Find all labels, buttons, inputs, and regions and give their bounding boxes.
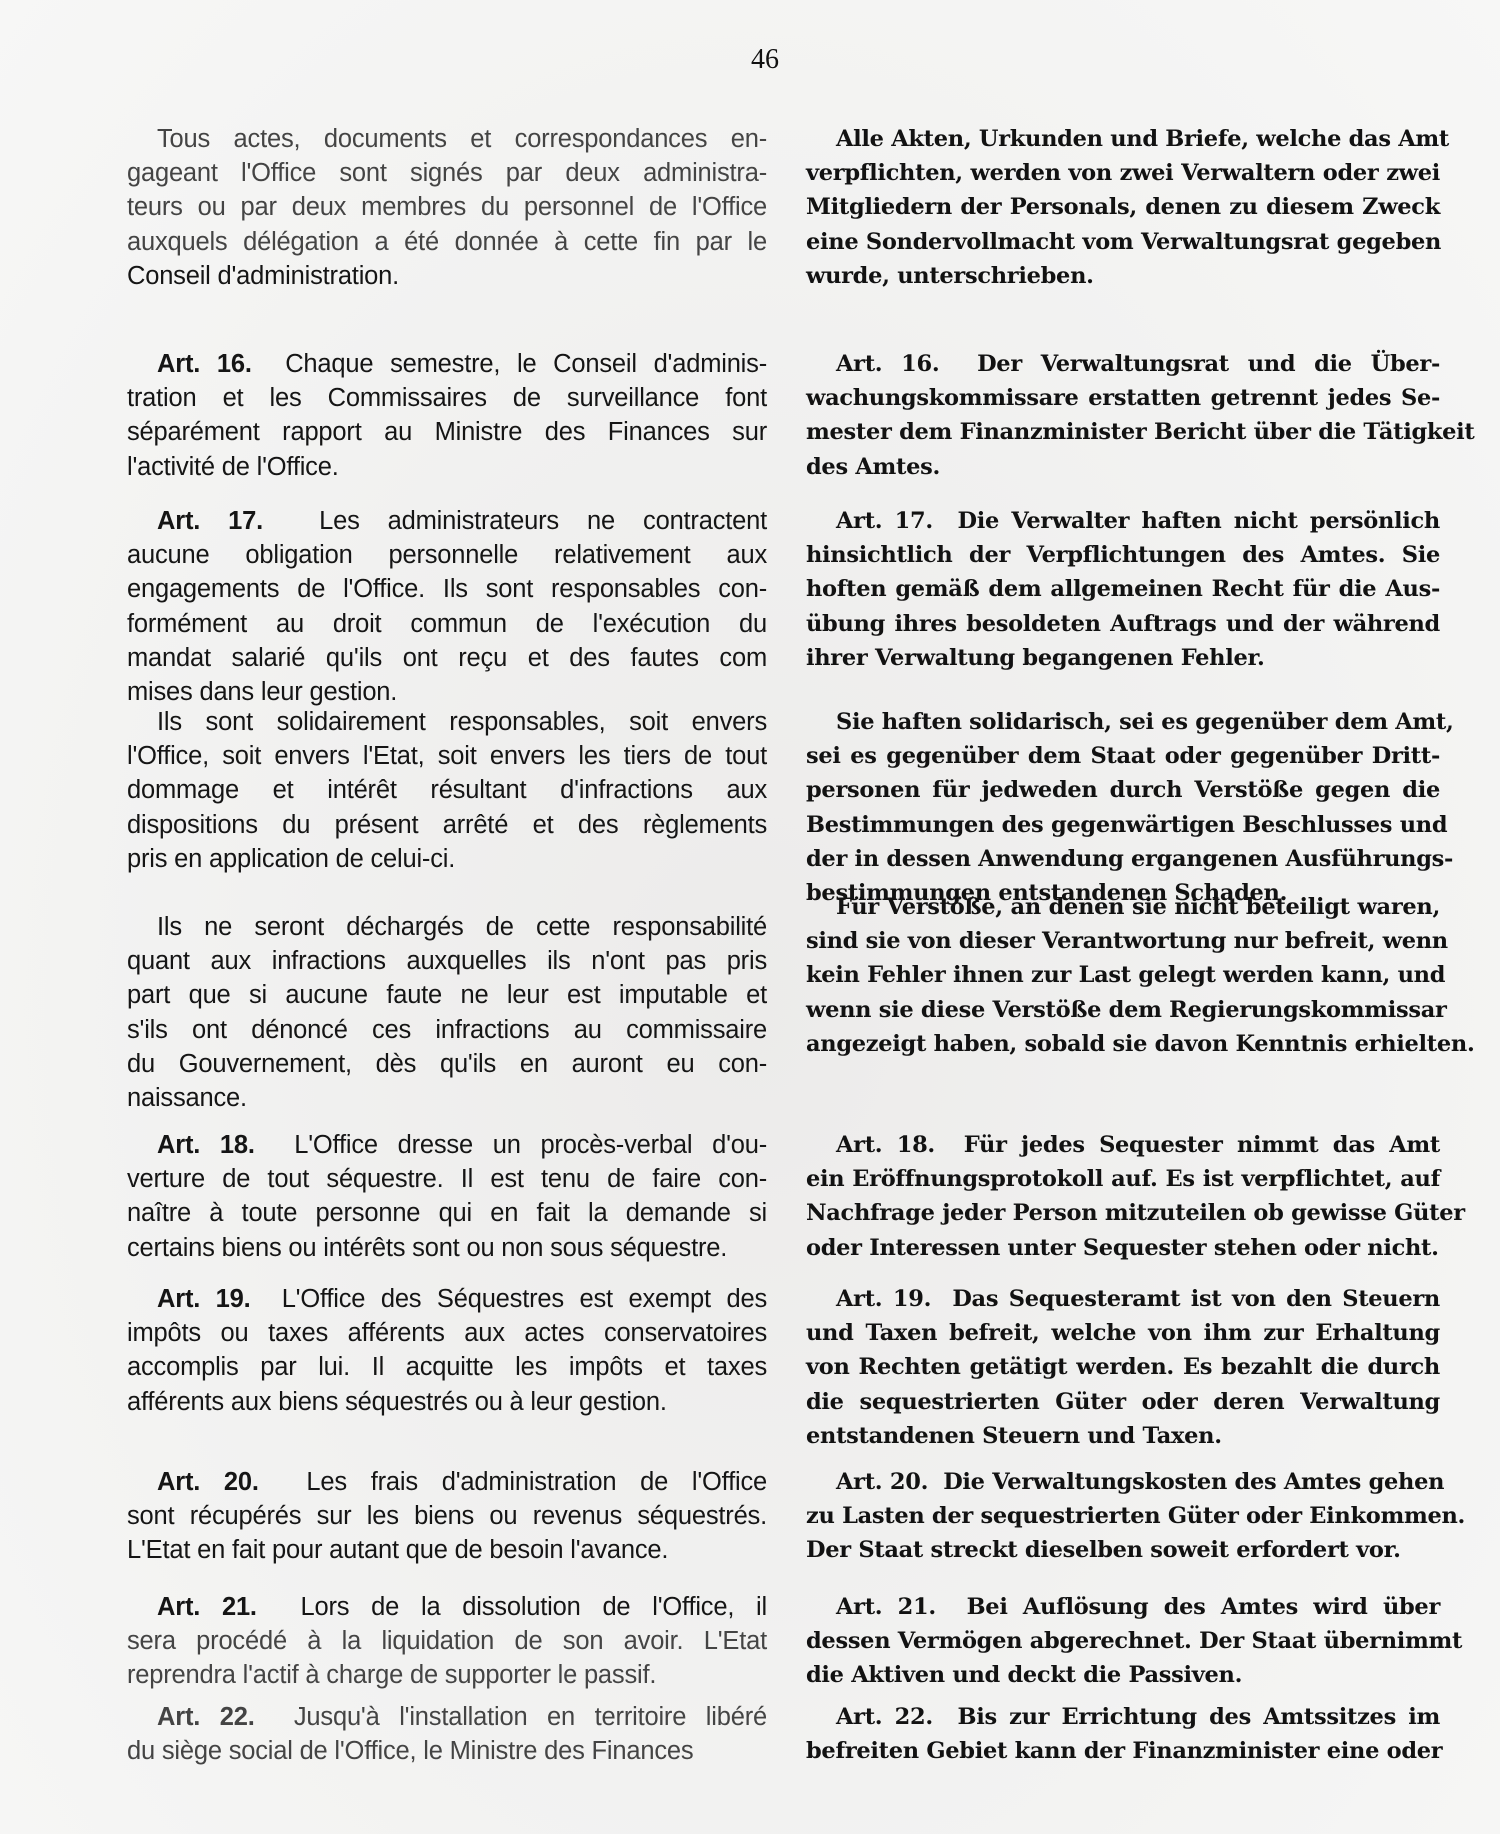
line-text: wachungskommissare erstatten getrennt je… [806, 385, 1440, 411]
french-art17-line: engagements de l'Office. Ils sont respon… [127, 572, 767, 606]
french-art18-line: Art. 18. L'Office dresse un procès-verba… [127, 1128, 767, 1162]
line-text: accomplis par lui. Il acquitte les impôt… [127, 1353, 767, 1381]
article-number: Art. 16. [836, 351, 939, 377]
line-text: ihrer Verwaltung begangenen Fehler. [806, 645, 1265, 671]
line-text: Chaque semestre, le Conseil d'adminis- [285, 350, 767, 378]
line-text: reprendra l'actif à charge de supporter … [127, 1661, 656, 1689]
article-number: Art. 20. [836, 1469, 928, 1495]
line-text: dispositions du présent arrêté et des rè… [127, 811, 767, 839]
line-text: Das Sequesteramt ist von den Steuern [952, 1286, 1440, 1312]
german-art18-line: Nachfrage jeder Person mitzuteilen ob ge… [806, 1196, 1440, 1230]
french-art17-p2-line: dommage et intérêt résultant d'infractio… [127, 773, 767, 807]
line-text: Ils sont solidairement responsables, soi… [157, 708, 767, 736]
french-art17-p2-line: dispositions du présent arrêté et des rè… [127, 808, 767, 842]
line-text: l'Office, soit envers l'Etat, soit enver… [127, 742, 767, 770]
line-text: Tous actes, documents et correspondances… [157, 125, 767, 153]
german-art16-line: mester dem Finanzminister Bericht über d… [806, 415, 1440, 449]
line-text: sei es gegenüber dem Staat oder gegenübe… [806, 743, 1440, 769]
line-text: dommage et intérêt résultant d'infractio… [127, 776, 767, 804]
french-art20-line: sont récupérés sur les biens ou revenus … [127, 1499, 767, 1533]
french-art17-p3-line: du Gouvernement, dès qu'ils en auront eu… [127, 1047, 767, 1081]
french-art18-line: naître à toute personne qui en fait la d… [127, 1196, 767, 1230]
french-art17-p2-line: pris en application de celui-ci. [127, 842, 767, 876]
french-art21-line: sera procédé à la liquidation de son avo… [127, 1624, 767, 1658]
line-text: sind sie von dieser Verantwortung nur be… [806, 928, 1448, 954]
line-text: L'Office dresse un procès-verbal d'ou- [294, 1131, 767, 1159]
french-intro-line: Tous actes, documents et correspondances… [127, 122, 767, 156]
line-text: aucune obligation personnelle relativeme… [127, 541, 767, 569]
article-number: Art. 21. [836, 1594, 936, 1620]
german-art17-line: übung ihres besoldeten Auftrags und der … [806, 607, 1440, 641]
page-number: 46 [0, 44, 1500, 76]
french-art17-p2-line: l'Office, soit envers l'Etat, soit enver… [127, 739, 767, 773]
article-number: Art. 19. [157, 1285, 251, 1313]
french-art19-line: Art. 19. L'Office des Séquestres est exe… [127, 1282, 767, 1316]
german-art17-line: hinsichtlich der Verpflichtungen des Amt… [806, 538, 1440, 572]
line-text: ein Eröffnungsprotokoll auf. Es ist verp… [806, 1166, 1440, 1192]
line-text: Alle Akten, Urkunden und Briefe, welche … [836, 126, 1449, 152]
french-art17-p3-line: part que si aucune faute ne leur est imp… [127, 978, 767, 1012]
line-text: afférents aux biens séquestrés ou à leur… [127, 1388, 667, 1416]
french-art21-line: Art. 21. Lors de la dissolution de l'Off… [127, 1590, 767, 1624]
french-art20-line: Art. 20. Les frais d'administration de l… [127, 1465, 767, 1499]
german-intro-line: eine Sondervollmacht vom Verwaltungsrat … [806, 225, 1440, 259]
line-text: gageant l'Office sont signés par deux ad… [127, 159, 767, 187]
line-text: Bis zur Errichtung des Amtssitzes im [958, 1704, 1441, 1730]
line-text: L'Etat en fait pour autant que de besoin… [127, 1536, 668, 1564]
french-art17-line: mandat salarié qu'ils ont reçu et des fa… [127, 641, 767, 675]
article-number: Art. 22. [836, 1704, 933, 1730]
line-text: Die Verwaltungskosten des Amtes gehen [943, 1469, 1444, 1495]
french-art17-p2-line: Ils sont solidairement responsables, soi… [127, 705, 767, 739]
french-intro-line: teurs ou par deux membres du personnel d… [127, 190, 767, 224]
french-art17-line: mises dans leur gestion. [127, 675, 767, 709]
german-art20-line: Art. 20. Die Verwaltungskosten des Amtes… [806, 1465, 1440, 1499]
line-text: die sequestrierten Güter oder deren Verw… [806, 1389, 1440, 1415]
line-text: Conseil d'administration. [127, 262, 399, 290]
line-text: du siège social de l'Office, le Ministre… [127, 1737, 693, 1765]
german-art20-line: Der Staat streckt dieselben soweit erfor… [806, 1533, 1440, 1567]
line-text: und Taxen befreit, welche von ihm zur Er… [806, 1320, 1440, 1346]
french-art16-line: l'activité de l'Office. [127, 450, 767, 484]
german-art17-p2-line: Bestimmungen des gegenwärtigen Beschluss… [806, 808, 1440, 842]
german-art21-line: Art. 21. Bei Auflösung des Amtes wird üb… [806, 1590, 1440, 1624]
line-text: teurs ou par deux membres du personnel d… [127, 193, 767, 221]
german-art17-p2-line: personen für jedweden durch Verstöße geg… [806, 773, 1440, 807]
line-text: sont récupérés sur les biens ou revenus … [127, 1502, 767, 1530]
line-text: Sie haften solidarisch, sei es gegenüber… [836, 709, 1454, 735]
line-text: part que si aucune faute ne leur est imp… [127, 981, 767, 1009]
line-text: kein Fehler ihnen zur Last gelegt werden… [806, 962, 1445, 988]
line-text: impôts ou taxes afférents aux actes cons… [127, 1319, 767, 1347]
line-text: hoften gemäß dem allgemeinen Recht für d… [806, 576, 1440, 602]
french-art22-line: du siège social de l'Office, le Ministre… [127, 1734, 767, 1768]
article-number: Art. 19. [836, 1286, 931, 1312]
german-art17-line: hoften gemäß dem allgemeinen Recht für d… [806, 572, 1440, 606]
german-art16-line: wachungskommissare erstatten getrennt je… [806, 381, 1440, 415]
german-art22-line: befreiten Gebiet kann der Finanzminister… [806, 1734, 1440, 1768]
french-art17-p3-line: quant aux infractions auxquelles ils n'o… [127, 944, 767, 978]
french-art17-p3-line: Ils ne seront déchargés de cette respons… [127, 910, 767, 944]
line-text: certains biens ou intérêts sont ou non s… [127, 1234, 727, 1262]
french-art20-line: L'Etat en fait pour autant que de besoin… [127, 1533, 767, 1567]
line-text: angezeigt haben, sobald sie davon Kenntn… [806, 1031, 1474, 1057]
line-text: Ils ne seront déchargés de cette respons… [157, 913, 767, 941]
french-art16-line: séparément rapport au Ministre des Finan… [127, 415, 767, 449]
french-art19-line: accomplis par lui. Il acquitte les impôt… [127, 1350, 767, 1384]
line-text: des Amtes. [806, 454, 940, 480]
line-text: quant aux infractions auxquelles ils n'o… [127, 947, 767, 975]
line-text: formément au droit commun de l'exécution… [127, 610, 767, 638]
french-art21-line: reprendra l'actif à charge de supporter … [127, 1658, 767, 1692]
line-text: verture de tout séquestre. Il est tenu d… [127, 1165, 767, 1193]
german-art18-line: Art. 18. Für jedes Sequester nimmt das A… [806, 1128, 1440, 1162]
french-art16-line: tration et les Commissaires de surveilla… [127, 381, 767, 415]
line-text: L'Office des Séquestres est exempt des [282, 1285, 767, 1313]
german-art16-line: Art. 16. Der Verwaltungsrat und die Über… [806, 347, 1440, 381]
german-intro-line: wurde, unterschrieben. [806, 259, 1440, 293]
german-intro-line: verpflichten, werden von zwei Verwaltern… [806, 156, 1440, 190]
line-text: verpflichten, werden von zwei Verwaltern… [806, 160, 1440, 186]
french-art17-line: aucune obligation personnelle relativeme… [127, 538, 767, 572]
line-text: pris en application de celui-ci. [127, 845, 455, 873]
line-text: Der Verwaltungsrat und die Über- [977, 351, 1440, 377]
line-text: s'ils ont dénoncé ces infractions au com… [127, 1016, 767, 1044]
article-number: Art. 18. [157, 1131, 255, 1159]
french-intro-line: gageant l'Office sont signés par deux ad… [127, 156, 767, 190]
line-text: mises dans leur gestion. [127, 678, 397, 706]
german-art17-p3-line: Für Verstöße, an denen sie nicht beteili… [806, 890, 1440, 924]
line-text: Jusqu'à l'installation en territoire lib… [294, 1703, 767, 1731]
french-intro-line: auxquels délégation a été donnée à cette… [127, 225, 767, 259]
line-text: Les frais d'administration de l'Office [306, 1468, 767, 1496]
line-text: oder Interessen unter Sequester stehen o… [806, 1235, 1439, 1261]
line-text: Bei Auflösung des Amtes wird über [967, 1594, 1440, 1620]
line-text: von Rechten getätigt werden. Es bezahlt … [806, 1354, 1440, 1380]
line-text: du Gouvernement, dès qu'ils en auront eu… [127, 1050, 767, 1078]
german-art18-line: oder Interessen unter Sequester stehen o… [806, 1231, 1440, 1265]
line-text: befreiten Gebiet kann der Finanzminister… [806, 1738, 1442, 1764]
article-number: Art. 20. [157, 1468, 259, 1496]
french-art19-line: afférents aux biens séquestrés ou à leur… [127, 1385, 767, 1419]
line-text: Die Verwalter haften nicht persönlich [958, 508, 1440, 534]
article-number: Art. 17. [836, 508, 933, 534]
line-text: mandat salarié qu'ils ont reçu et des fa… [127, 644, 767, 672]
german-art19-line: entstandenen Steuern und Taxen. [806, 1419, 1440, 1453]
line-text: zu Lasten der sequestrierten Güter oder … [806, 1503, 1465, 1529]
german-art19-line: von Rechten getätigt werden. Es bezahlt … [806, 1350, 1440, 1384]
german-art22-line: Art. 22. Bis zur Errichtung des Amtssitz… [806, 1700, 1440, 1734]
german-art17-p2-line: der in dessen Anwendung ergangenen Ausfü… [806, 842, 1440, 876]
german-art19-line: Art. 19. Das Sequesteramt ist von den St… [806, 1282, 1440, 1316]
line-text: entstandenen Steuern und Taxen. [806, 1423, 1222, 1449]
french-art19-line: impôts ou taxes afférents aux actes cons… [127, 1316, 767, 1350]
german-art19-line: die sequestrierten Güter oder deren Verw… [806, 1385, 1440, 1419]
french-art17-p3-line: naissance. [127, 1081, 767, 1115]
german-art17-line: ihrer Verwaltung begangenen Fehler. [806, 641, 1440, 675]
line-text: personen für jedweden durch Verstöße geg… [806, 777, 1440, 803]
german-art20-line: zu Lasten der sequestrierten Güter oder … [806, 1499, 1440, 1533]
german-art18-line: ein Eröffnungsprotokoll auf. Es ist verp… [806, 1162, 1440, 1196]
german-art21-line: dessen Vermögen abgerechnet. Der Staat ü… [806, 1624, 1440, 1658]
article-number: Art. 21. [157, 1593, 257, 1621]
french-art18-line: verture de tout séquestre. Il est tenu d… [127, 1162, 767, 1196]
german-art19-line: und Taxen befreit, welche von ihm zur Er… [806, 1316, 1440, 1350]
line-text: naître à toute personne qui en fait la d… [127, 1199, 767, 1227]
line-text: naissance. [127, 1084, 247, 1112]
german-art17-p2-line: sei es gegenüber dem Staat oder gegenübe… [806, 739, 1440, 773]
article-number: Art. 16. [157, 350, 252, 378]
french-art17-line: formément au droit commun de l'exécution… [127, 607, 767, 641]
german-art17-p3-line: sind sie von dieser Verantwortung nur be… [806, 924, 1440, 958]
german-intro-line: Mitgliedern der Personals, denen zu dies… [806, 190, 1440, 224]
german-art17-p2-line: Sie haften solidarisch, sei es gegenüber… [806, 705, 1440, 739]
french-art17-line: Art. 17. Les administrateurs ne contract… [127, 504, 767, 538]
french-art16-line: Art. 16. Chaque semestre, le Conseil d'a… [127, 347, 767, 381]
french-art22-line: Art. 22. Jusqu'à l'installation en terri… [127, 1700, 767, 1734]
article-number: Art. 18. [836, 1132, 935, 1158]
document-page: 46 Tous actes, documents et correspondan… [0, 0, 1500, 1834]
line-text: dessen Vermögen abgerechnet. Der Staat ü… [806, 1628, 1462, 1654]
line-text: eine Sondervollmacht vom Verwaltungsrat … [806, 229, 1441, 255]
line-text: übung ihres besoldeten Auftrags und der … [806, 611, 1440, 637]
line-text: Der Staat streckt dieselben soweit erfor… [806, 1537, 1401, 1563]
line-text: Lors de la dissolution de l'Office, il [301, 1593, 767, 1621]
line-text: Mitgliedern der Personals, denen zu dies… [806, 194, 1440, 220]
line-text: hinsichtlich der Verpflichtungen des Amt… [806, 542, 1440, 568]
line-text: sera procédé à la liquidation de son avo… [127, 1627, 767, 1655]
french-art18-line: certains biens ou intérêts sont ou non s… [127, 1231, 767, 1265]
line-text: engagements de l'Office. Ils sont respon… [127, 575, 767, 603]
line-text: séparément rapport au Ministre des Finan… [127, 418, 767, 446]
line-text: Für jedes Sequester nimmt das Amt [964, 1132, 1440, 1158]
german-art17-p3-line: kein Fehler ihnen zur Last gelegt werden… [806, 958, 1440, 992]
line-text: mester dem Finanzminister Bericht über d… [806, 419, 1475, 445]
line-text: der in dessen Anwendung ergangenen Ausfü… [806, 846, 1453, 872]
line-text: Nachfrage jeder Person mitzuteilen ob ge… [806, 1200, 1465, 1226]
line-text: wenn sie diese Verstöße dem Regierungsko… [806, 997, 1447, 1023]
line-text: l'activité de l'Office. [127, 453, 339, 481]
german-art17-line: Art. 17. Die Verwalter haften nicht pers… [806, 504, 1440, 538]
german-intro-line: Alle Akten, Urkunden und Briefe, welche … [806, 122, 1440, 156]
german-art16-line: des Amtes. [806, 450, 1440, 484]
german-art17-p3-line: angezeigt haben, sobald sie davon Kenntn… [806, 1027, 1440, 1061]
german-art17-p3-line: wenn sie diese Verstöße dem Regierungsko… [806, 993, 1440, 1027]
line-text: Für Verstöße, an denen sie nicht beteili… [836, 894, 1440, 920]
french-art17-p3-line: s'ils ont dénoncé ces infractions au com… [127, 1013, 767, 1047]
line-text: auxquels délégation a été donnée à cette… [127, 228, 767, 256]
line-text: die Aktiven und deckt die Passiven. [806, 1662, 1242, 1688]
german-art21-line: die Aktiven und deckt die Passiven. [806, 1658, 1440, 1692]
article-number: Art. 17. [157, 507, 263, 535]
line-text: wurde, unterschrieben. [806, 263, 1094, 289]
line-text: tration et les Commissaires de surveilla… [127, 384, 767, 412]
line-text: Bestimmungen des gegenwärtigen Beschluss… [806, 812, 1447, 838]
article-number: Art. 22. [157, 1703, 255, 1731]
french-intro-line: Conseil d'administration. [127, 259, 767, 293]
line-text: Les administrateurs ne contractent [319, 507, 767, 535]
